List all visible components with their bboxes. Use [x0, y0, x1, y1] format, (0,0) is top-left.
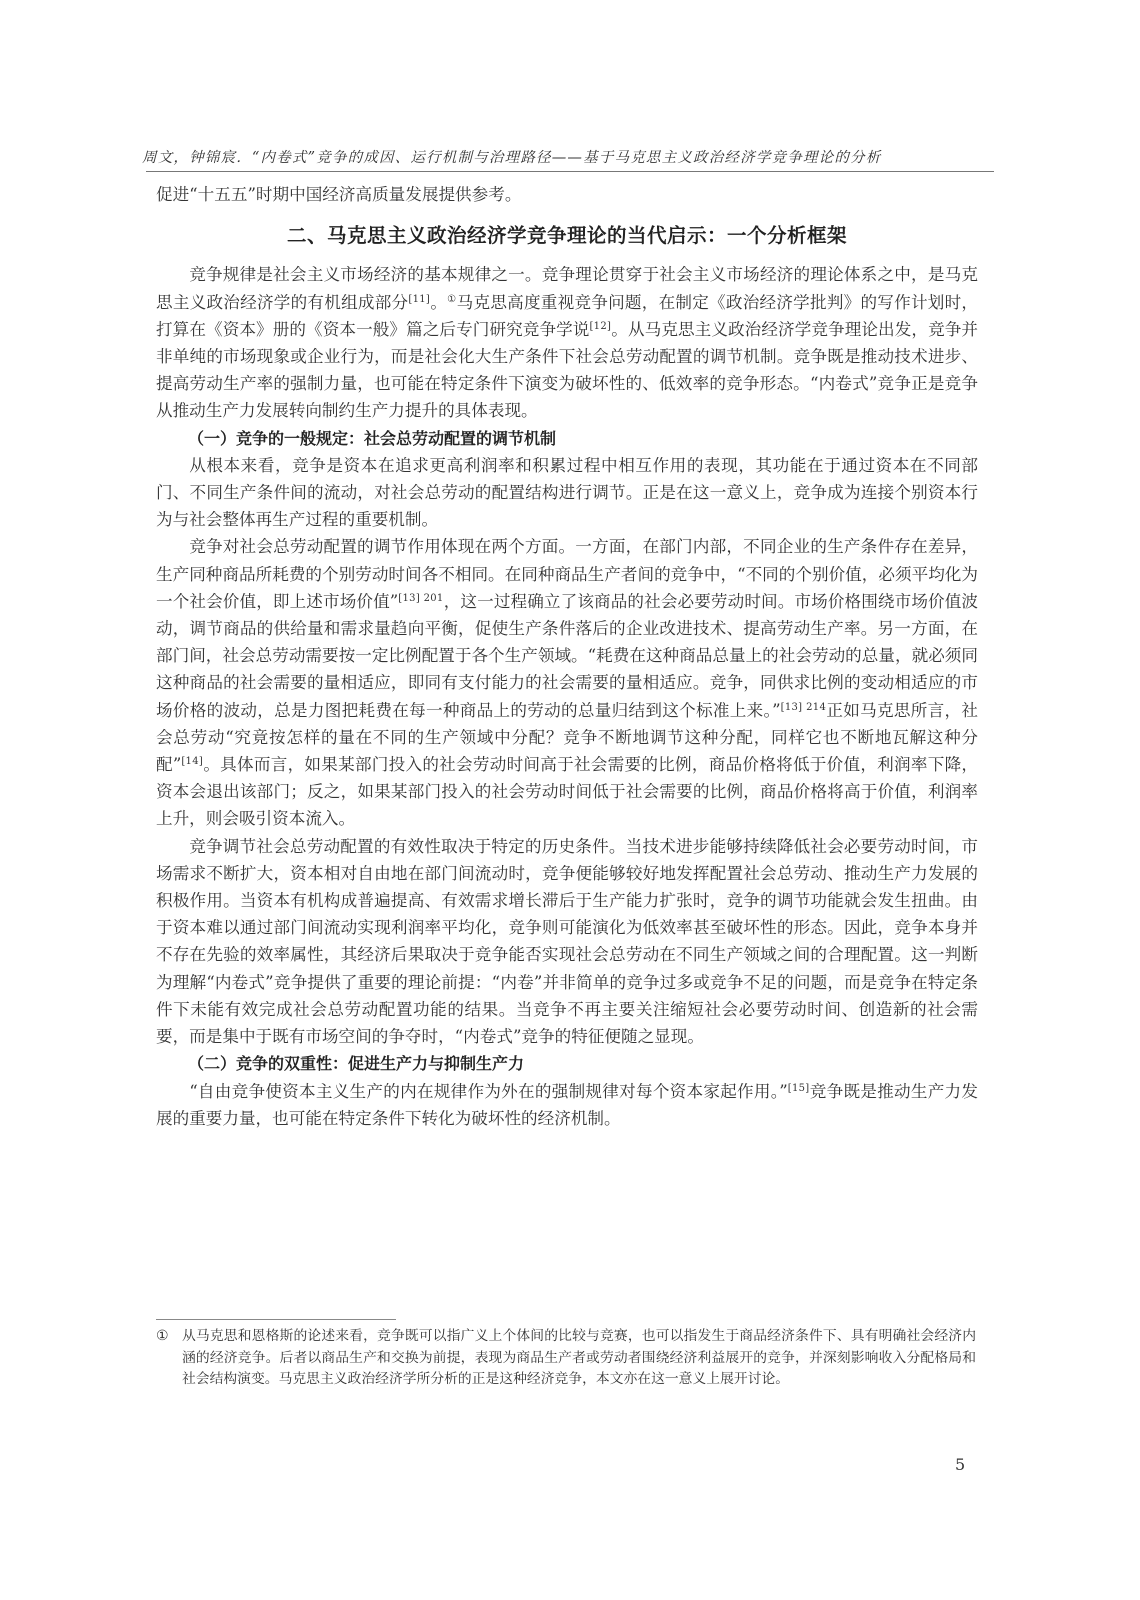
- paragraph-2: 从根本来看，竞争是资本在追求更高利润率和积累过程中相互作用的表现，其功能在于通过…: [156, 452, 978, 534]
- footnote-rule: [156, 1319, 396, 1320]
- footnote-text: 从马克思和恩格斯的论述来看，竞争既可以指广义上个体间的比较与竞赛，也可以指发生于…: [182, 1328, 976, 1387]
- citation-13-201[interactable]: [13] 201: [398, 593, 443, 604]
- citation-13-214[interactable]: [13] 214: [781, 702, 826, 713]
- paragraph-1: 竞争规律是社会主义市场经济的基本规律之一。竞争理论贯穿于社会主义市场经济的理论体…: [156, 261, 978, 424]
- carryover-paragraph: 促进“十五五”时期中国经济高质量发展提供参考。: [156, 181, 978, 208]
- section-title: 二、马克思主义政治经济学竞争理论的当代启示：一个分析框架: [156, 222, 978, 249]
- citation-15[interactable]: [15]: [788, 1083, 810, 1094]
- paragraph-3-text-d: 。具体而言，如果某部门投入的社会劳动时间高于社会需要的比例，商品价格将低于价值，…: [156, 755, 978, 828]
- footnotes: ① 从马克思和恩格斯的论述来看，竞争既可以指广义上个体间的比较与竞赛，也可以指发…: [156, 1326, 976, 1391]
- footnote-mark: ①: [156, 1326, 168, 1348]
- paragraph-3: 竞争对社会总劳动配置的调节作用体现在两个方面。一方面，在部门内部，不同企业的生产…: [156, 533, 978, 832]
- subsection-title-1: （一）竞争的一般规定：社会总劳动配置的调节机制: [156, 425, 978, 452]
- paragraph-1-text-b: 。: [430, 293, 447, 312]
- citation-11[interactable]: [11]: [408, 294, 430, 305]
- citation-14[interactable]: [14]: [181, 756, 203, 767]
- subsection-title-2: （二）竞争的双重性：促进生产力与抑制生产力: [156, 1050, 978, 1077]
- paragraph-5: “自由竞争使资本主义生产的内在规律作为外在的强制规律对每个资本家起作用。”[15…: [156, 1078, 978, 1132]
- footnote-1: ① 从马克思和恩格斯的论述来看，竞争既可以指广义上个体间的比较与竞赛，也可以指发…: [156, 1326, 976, 1391]
- paragraph-5-text-a: “自由竞争使资本主义生产的内在规律作为外在的强制规律对每个资本家起作用。”: [189, 1082, 788, 1101]
- header-rule: [146, 171, 994, 172]
- paragraph-4: 竞争调节社会总劳动配置的有效性取决于特定的历史条件。当技术进步能够持续降低社会必…: [156, 833, 978, 1051]
- running-header: 周文，钟锦宸．“内卷式”竞争的成因、运行机制与治理路径——基于马克思主义政治经济…: [142, 146, 992, 167]
- footnote-marker-1[interactable]: ①: [447, 294, 457, 305]
- citation-12[interactable]: [12]: [589, 321, 611, 332]
- main-content: 促进“十五五”时期中国经济高质量发展提供参考。 二、马克思主义政治经济学竞争理论…: [156, 181, 978, 1132]
- page-number: 5: [955, 1455, 965, 1474]
